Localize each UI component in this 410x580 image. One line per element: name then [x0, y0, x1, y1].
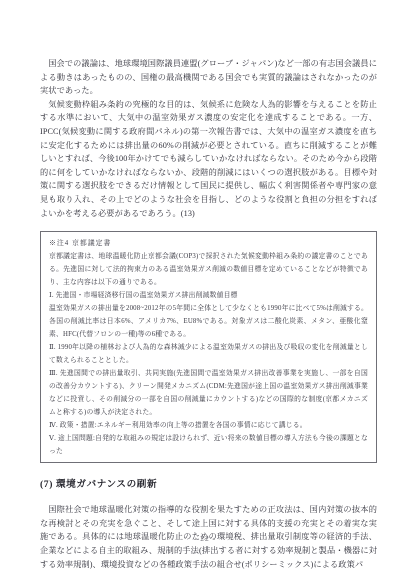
- document-page: 国会での議論は、地球環境国際議員連盟(グローブ・ジャパン)など一部の有志国会議員…: [0, 0, 410, 580]
- note-item-3: Ⅲ. 先進国間での排出量取引、共同実施(先進国間で温室効果ガス排出改善事業を実施…: [49, 367, 368, 419]
- note-item-4: Ⅳ. 政策・措置:エネルギー利用効率の向上等の措置を各国の事情に応じて講じる。: [49, 419, 368, 432]
- paragraph-unfccc-objective: 気候変動枠組み条約の究極的な目的は、気候系に危険な人為的影響を与えることを防止す…: [40, 98, 377, 220]
- note-item-1-heading: Ⅰ. 先進国・市場経済移行国の温室効果ガス排出削減数値目標: [49, 289, 368, 302]
- kyoto-protocol-note-box: ※注4 京都議定書 京都議定書は、地球温暖化防止京都会議(COP3)で採択された…: [40, 231, 377, 463]
- note-item-5: Ⅴ. 途上国問題:自発的な取組みの規定は設けられず、近い将来の数値目標の導入方法…: [49, 432, 368, 458]
- note-item-1-body: 温室効果ガスの排出量を2008~2012年の5年間に全体として少なくとも1990…: [49, 302, 368, 341]
- paragraph-diet-discussion: 国会での議論は、地球環境国際議員連盟(グローブ・ジャパン)など一部の有志国会議員…: [40, 57, 377, 98]
- note-box-intro: 京都議定書は、地球温暖化防止京都会議(COP3)で採択された気候変動枠組み条約の…: [49, 250, 368, 289]
- note-item-2: Ⅱ. 1990年以降の植林および人為的な森林減少による温室効果ガスの排出及び吸収…: [49, 341, 368, 367]
- page-number: - 22 -: [0, 534, 410, 543]
- note-box-title: ※注4 京都議定書: [49, 237, 368, 250]
- page-content: 国会での議論は、地球環境国際議員連盟(グローブ・ジャパン)など一部の有志国会議員…: [40, 57, 377, 571]
- section-heading-environmental-governance: (7) 環境ガバナンスの刷新: [40, 476, 377, 490]
